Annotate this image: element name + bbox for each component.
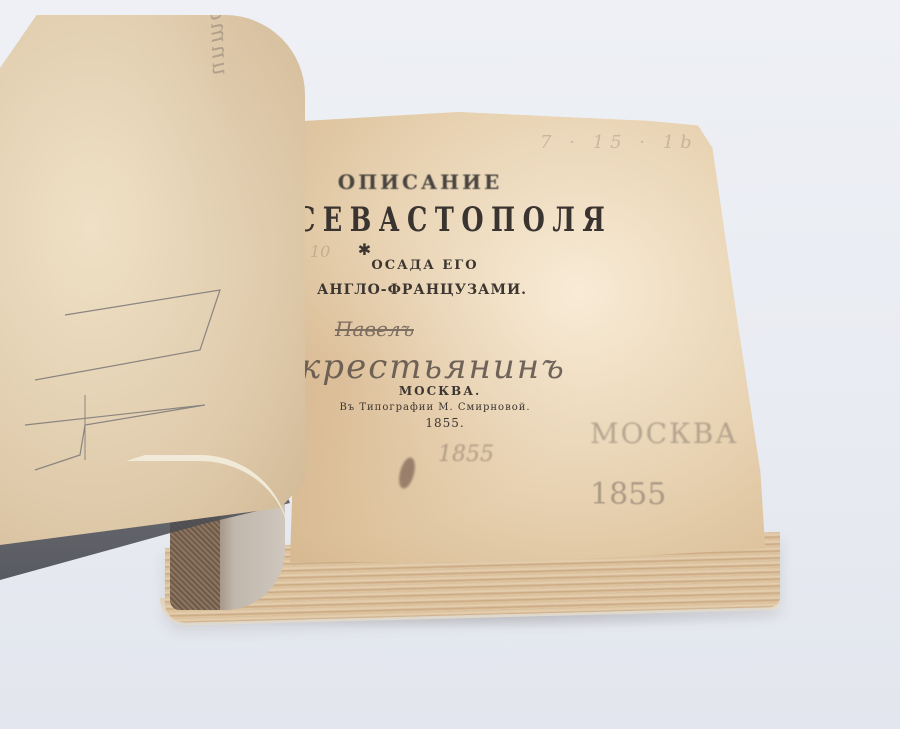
ornament-icon: ✱ [350, 240, 380, 259]
title-page: 7 · 15 · 1b 10 ОПИСАНИЕ СЕВАСТОПОЛЯ ✱ ОС… [290, 112, 770, 562]
handwritten-owner-status: крестьянинъ [300, 347, 566, 387]
imprint-year: 1855. [405, 416, 485, 430]
title-line-4: АНГЛО-ФРАНЦУЗАМИ. [302, 282, 542, 298]
offset-stamp-year: 1855 [590, 477, 666, 512]
handwritten-owner-name: Павелъ [335, 317, 414, 341]
imprint-city: МОСКВА. [370, 384, 510, 398]
offset-stamp-city: МОСКВА [590, 417, 739, 450]
photo-scene: 7 · 15 · 1b 10 ОПИСАНИЕ СЕВАСТОПОЛЯ ✱ ОС… [0, 0, 900, 729]
title-line-2: СЕВАСТОПОЛЯ [295, 200, 505, 240]
faint-pencil-marks: 7 · 15 · 1b [540, 132, 698, 153]
title-line-1: ОПИСАНИЕ [330, 170, 510, 194]
mirrored-handwriting: иnmanma [203, 0, 232, 76]
faint-pencil-marks-left: 10 [310, 242, 330, 261]
pencil-sketch-icon [15, 275, 235, 475]
ink-blot [396, 456, 418, 491]
imprint-printer: Въ Типографии М. Смирновой. [290, 402, 580, 413]
faint-handwritten-year: 1855 [438, 442, 494, 467]
title-line-3: ОСАДА ЕГО [345, 258, 505, 273]
